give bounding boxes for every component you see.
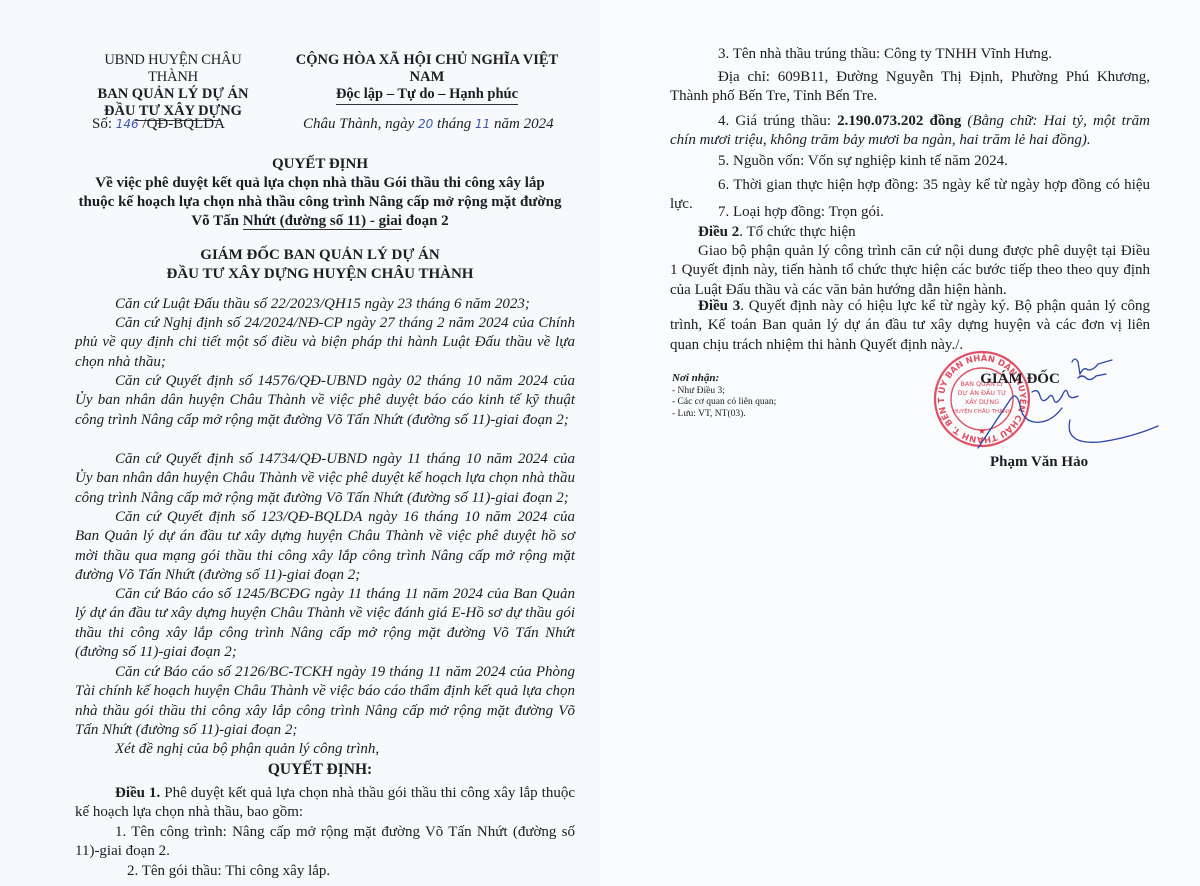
recipient-item: - Như Điều 3; [672,386,776,398]
article-1-item: 5. Nguồn vốn: Vốn sự nghiệp kinh tế năm … [670,152,1150,171]
price-label: 4. Giá trúng thầu: [718,113,837,129]
article-2-label: Điều 2 [698,224,739,240]
authority-line2: ĐẦU TƯ XÂY DỰNG HUYỆN CHÂU THÀNH [60,265,580,284]
recipient-item: - Các cơ quan có liên quan; [672,397,776,409]
document-date: Châu Thành, ngày 20 tháng 11 năm 2024 [303,116,554,133]
number-suffix: /QĐ-BQLDA [139,116,225,132]
date-mid: tháng [433,116,475,132]
subject-line3-prefix: Võ Tấn [191,213,242,229]
article-2: Điều 2. Tổ chức thực hiện [670,223,1150,242]
signer-name: Phạm Văn Hảo [990,454,1088,471]
national-motto: Độc lập – Tự do – Hạnh phúc [336,86,518,105]
recipients-block: Nơi nhận: - Như Điều 3; - Các cơ quan có… [672,373,776,420]
authority-block: GIÁM ĐỐC BAN QUẢN LÝ DỰ ÁN ĐẦU TƯ XÂY DỰ… [60,246,580,284]
subject-line3: Võ Tấn Nhứt (đường số 11) - giai đoạn 2 [60,212,580,231]
basis-text: Căn cứ Nghị định số 24/2024/NĐ-CP ngày 2… [75,315,575,370]
basis-item: Căn cứ Quyết định số 14734/QĐ-UBND ngày … [75,450,575,508]
article-1-label: Điều 1. [115,785,160,801]
article-2-title: . Tổ chức thực hiện [739,224,855,240]
article-3-label: Điều 3 [698,298,740,314]
winning-price: 2.190.073.202 đồng [837,113,961,129]
national-title: CỘNG HÒA XÃ HỘI CHỦ NGHĨA VIỆT NAM Độc l… [282,52,572,105]
basis-item: Căn cứ Quyết định số 123/QĐ-BQLDA ngày 1… [75,508,575,586]
decision-title: QUYẾT ĐỊNH Về việc phê duyệt kết quả lựa… [60,155,580,231]
item-text: 5. Nguồn vốn: Vốn sự nghiệp kinh tế năm … [718,153,1008,169]
basis-text: Căn cứ Luật Đấu thầu số 22/2023/QH15 ngà… [115,296,530,312]
handwritten-signature-icon [960,350,1160,450]
basis-text: Xét đề nghị của bộ phận quản lý công trì… [115,741,379,757]
handwritten-month: 11 [475,117,490,131]
decision-heading: QUYẾT ĐỊNH [60,155,580,174]
item-text: 3. Tên nhà thầu trúng thầu: Công ty TNHH… [718,46,1052,62]
agency-name-line1: BAN QUẢN LÝ DỰ ÁN [78,86,268,103]
page-left: UBND HUYỆN CHÂU THÀNH BAN QUẢN LÝ DỰ ÁN … [0,0,600,886]
decision-section-heading: QUYẾT ĐỊNH: [60,761,580,779]
contractor-address: Địa chỉ: 609B11, Đường Nguyễn Thị Định, … [670,68,1150,107]
article-1-item: 3. Tên nhà thầu trúng thầu: Công ty TNHH… [670,45,1150,64]
item-text: 2. Tên gói thầu: Thi công xây lắp. [127,863,330,879]
handwritten-number: 146 [116,117,139,131]
article-2-text: Giao bộ phận quản lý công trình căn cứ n… [670,243,1150,298]
country-name: CỘNG HÒA XÃ HỘI CHỦ NGHĨA VIỆT NAM [282,52,572,86]
recipient-item: - Lưu: VT, NT(03). [672,409,776,421]
article-2-body: Giao bộ phận quản lý công trình căn cứ n… [670,242,1150,300]
article-1-item: 2. Tên gói thầu: Thi công xây lắp. [75,862,575,881]
article-3: Điều 3. Quyết định này có hiệu lực kể từ… [670,297,1150,355]
article-1-item: 1. Tên công trình: Nâng cấp mở rộng mặt … [75,823,575,862]
document-number: Số: 146 /QĐ-BQLDA [92,116,225,133]
item-text: 1. Tên công trình: Nâng cấp mở rộng mặt … [75,824,575,859]
basis-item: Căn cứ Báo cáo số 2126/BC-TCKH ngày 19 t… [75,663,575,741]
parent-agency: UBND HUYỆN CHÂU THÀNH [78,52,268,86]
basis-text: Căn cứ Quyết định số 14576/QĐ-UBND ngày … [75,373,575,428]
authority-line1: GIÁM ĐỐC BAN QUẢN LÝ DỰ ÁN [60,246,580,265]
subject-line1: Về việc phê duyệt kết quả lựa chọn nhà t… [60,174,580,193]
basis-text: Căn cứ Quyết định số 14734/QĐ-UBND ngày … [75,451,575,506]
article-1: Điều 1. Phê duyệt kết quả lựa chọn nhà t… [75,784,575,823]
subject-line2: thuộc kế hoạch lựa chọn nhà thầu công tr… [60,193,580,212]
date-suffix: năm 2024 [490,116,553,132]
subject-line3-underlined: Nhứt (đường số 11) - giai [243,213,402,230]
number-prefix: Số: [92,116,116,132]
basis-text: Căn cứ Báo cáo số 1245/BCĐG ngày 11 thán… [75,586,575,660]
basis-item: Căn cứ Luật Đấu thầu số 22/2023/QH15 ngà… [75,295,575,314]
issuing-agency: UBND HUYỆN CHÂU THÀNH BAN QUẢN LÝ DỰ ÁN … [78,52,268,120]
recipients-title: Nơi nhận: [672,373,776,385]
handwritten-day: 20 [418,117,433,131]
basis-item: Xét đề nghị của bộ phận quản lý công trì… [75,740,575,759]
basis-item: Căn cứ Báo cáo số 1245/BCĐG ngày 11 thán… [75,585,575,663]
article-1-item: 4. Giá trúng thầu: 2.190.073.202 đồng (B… [670,112,1150,151]
article-3-text: . Quyết định này có hiệu lực kể từ ngày … [670,298,1150,353]
date-prefix: Châu Thành, ngày [303,116,418,132]
basis-item: Căn cứ Nghị định số 24/2024/NĐ-CP ngày 2… [75,314,575,372]
article-1-item: 7. Loại hợp đồng: Trọn gói. [670,203,1150,222]
item-text: 7. Loại hợp đồng: Trọn gói. [718,204,884,220]
basis-item: Căn cứ Quyết định số 14576/QĐ-UBND ngày … [75,372,575,430]
basis-text: Căn cứ Báo cáo số 2126/BC-TCKH ngày 19 t… [75,664,575,738]
basis-text: Căn cứ Quyết định số 123/QĐ-BQLDA ngày 1… [75,509,575,583]
subject-line3-suffix: đoạn 2 [402,213,449,229]
address-text: Địa chỉ: 609B11, Đường Nguyễn Thị Định, … [670,69,1150,104]
